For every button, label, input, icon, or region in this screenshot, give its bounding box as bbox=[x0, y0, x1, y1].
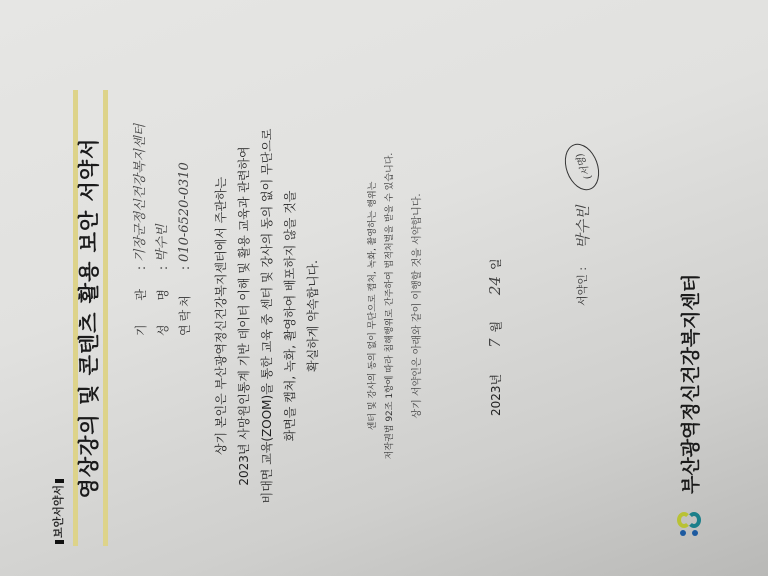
footer: 부산광역정신건강복지센터 bbox=[676, 274, 703, 536]
legal-notice: 센터 및 강사의 동의 없이 무단으로 캡처, 녹화, 촬영하는 행위는 저작권… bbox=[365, 86, 399, 526]
contact-value: 010-6520-0310 bbox=[174, 162, 196, 262]
info-row-organization: 기 관: 기장군정신건강복지센터 bbox=[130, 124, 152, 336]
info-block: 기 관: 기장군정신건강복지센터 성 명: 박수빈 연락처: 010-6520-… bbox=[130, 124, 196, 336]
signer-block: 서약인 : 박수빈 (서명) bbox=[566, 143, 598, 306]
signer-name: 박수빈 bbox=[572, 205, 593, 248]
name-value: 박수빈 bbox=[152, 224, 174, 262]
pledge-body: 상기 본인은 부산광역정신건강복지센터에서 주관하는 2023년 사망원인통계 … bbox=[210, 96, 325, 536]
bullet-square-icon bbox=[55, 540, 64, 544]
bullet-square-icon bbox=[55, 479, 64, 483]
document-tag: 보안서약서 bbox=[50, 477, 66, 546]
signature-seal: (서명) bbox=[559, 139, 605, 195]
signing-date: 2023년 7월 24일 bbox=[486, 258, 504, 416]
organization-value: 기장군정신건강복지센터 bbox=[130, 124, 152, 262]
info-row-contact: 연락처: 010-6520-0310 bbox=[174, 124, 196, 336]
security-pledge-document: 보안서약서 영상강의 및 콘텐츠 활용 보안 서약서 기 관: 기장군정신건강복… bbox=[0, 0, 768, 576]
document-title: 영상강의 및 콘텐츠 활용 보안 서약서 bbox=[75, 90, 103, 546]
agreement-statement: 상기 서약인은 아래와 같이 이행할 것을 서약합니다. bbox=[408, 86, 423, 526]
title-band-bottom bbox=[103, 90, 108, 546]
organization-name: 부산광역정신건강복지센터 bbox=[676, 274, 703, 494]
info-row-name: 성 명: 박수빈 bbox=[152, 124, 174, 336]
center-logo-icon bbox=[677, 502, 703, 536]
